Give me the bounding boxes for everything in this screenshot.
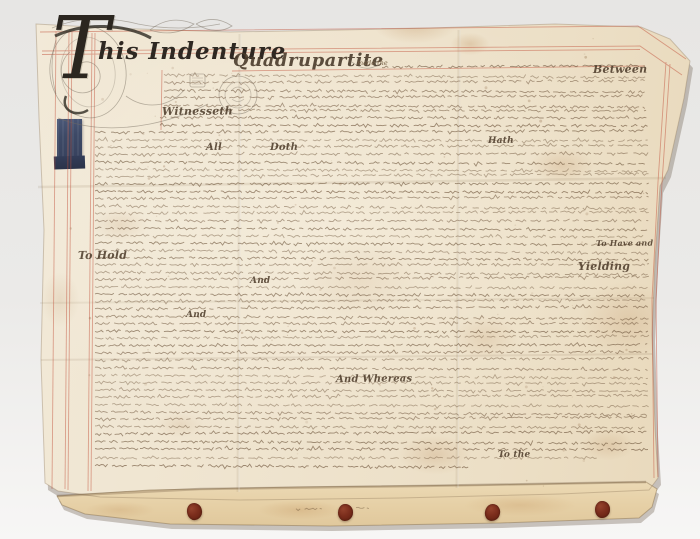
emphasized-word-witnesseth: Witnesseth	[162, 106, 233, 117]
emphasized-word-to-hold: To Hold	[78, 250, 127, 261]
emphasized-word-and: And	[250, 277, 270, 286]
emphasized-word-to-the: To the	[498, 451, 530, 460]
emphasized-word-and: And	[186, 311, 206, 320]
emphasized-word-yielding: Yielding	[578, 261, 630, 272]
emphasized-word-and-whereas: And Whereas	[336, 374, 412, 385]
blue-duty-ribbon	[57, 119, 82, 162]
emphasized-word-between: Between	[593, 64, 647, 75]
emphasized-word-to-have-and: To Have and	[596, 239, 653, 247]
emphasized-word-hath: Hath	[488, 137, 514, 146]
ribbon-tab	[54, 155, 85, 169]
emphasized-word-doth: Doth	[270, 143, 298, 153]
emphasized-word-all: All	[206, 143, 222, 153]
photograph-background: T his Indenture Quadrupartite made the B…	[0, 0, 700, 539]
